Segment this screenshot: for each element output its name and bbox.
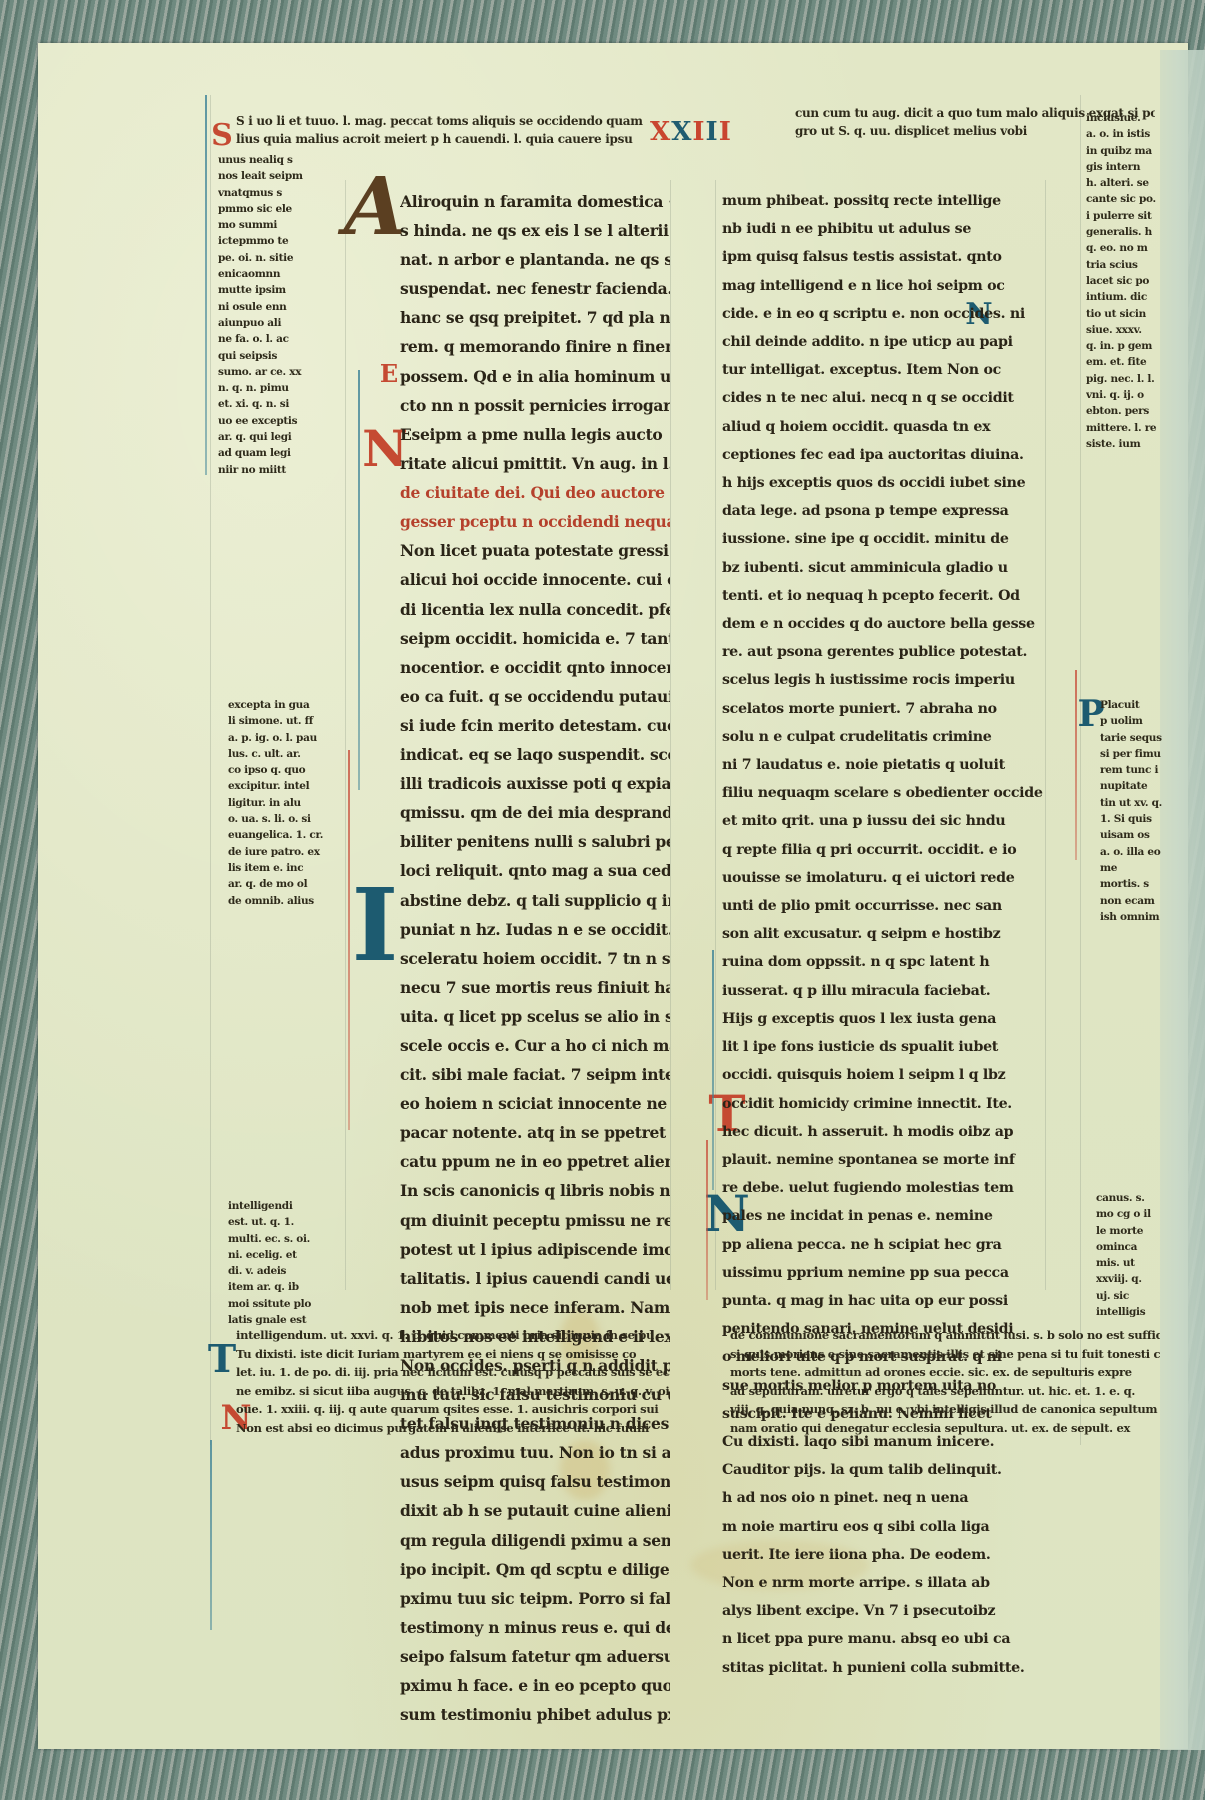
gloss-line: n. q. n. pimu xyxy=(218,380,318,396)
gloss-line: lacet sic po xyxy=(1086,273,1168,289)
gloss-line: xxviij. q. xyxy=(1096,1271,1168,1287)
text-line: catu ppum ne in eo ppetret alienu. Ite xyxy=(400,1147,670,1176)
gloss-line: le morte xyxy=(1096,1223,1168,1239)
pen-flourish xyxy=(1075,670,1077,860)
gloss-line: euangelica. 1. cr. xyxy=(228,827,328,843)
gloss-line: tio ut sicin xyxy=(1086,306,1168,322)
text-line: illi tradicois auxisse poti q expiasse. xyxy=(400,769,670,798)
gloss-line: de communione sacramentorum q ammittit i… xyxy=(730,1326,1160,1345)
text-line: eo ca fuit. q se occidendu putauit. Na xyxy=(400,682,670,711)
text-line: pximu h face. e in eo pcepto quo fal xyxy=(400,1671,670,1700)
pen-flourish xyxy=(210,1440,212,1630)
text-line: ipo incipit. Qm qd scptu e diliges xyxy=(400,1555,670,1584)
gloss-line: ad quam legi xyxy=(218,445,318,461)
pen-flourish xyxy=(205,95,207,475)
gloss-line: oue. 1. xxiii. q. iij. q aute quarum qsi… xyxy=(236,1400,706,1419)
gloss-line: intium. dic xyxy=(1086,289,1168,305)
text-line: di licentia lex nulla concedit. pfecto 7… xyxy=(400,595,670,624)
gloss-line: intelligendi xyxy=(228,1198,333,1214)
gloss-line: a. o. illa eo xyxy=(1100,844,1168,860)
rubric-line: de ciuitate dei. Qui deo auctore bella xyxy=(400,478,670,507)
text-line: dem e n occides q do auctore bella gesse xyxy=(722,610,1047,638)
gloss-line: uisam os xyxy=(1100,827,1168,843)
text-line: h ad nos oio n pinet. neq n uena xyxy=(722,1484,1047,1512)
text-line: nob met ipis nece inferam. Nam ep xyxy=(400,1293,670,1322)
gloss-line: excepta in gua xyxy=(228,697,328,713)
gloss-line: sumo. ar ce. xx xyxy=(218,364,318,380)
gloss-line: mis. ut xyxy=(1096,1255,1168,1271)
gloss-line: intelligis xyxy=(1096,1304,1168,1320)
gloss-line: lus. c. ult. ar. xyxy=(228,746,328,762)
text-line: qmissu. qm de dei mia desprando exitia xyxy=(400,798,670,827)
gloss-line: ne fa. o. l. ac xyxy=(218,331,318,347)
gloss-line: est. ut. q. 1. xyxy=(228,1214,333,1230)
text-line: re debe. uelut fugiendo molestias tem xyxy=(722,1174,1047,1202)
gloss-line: ne emibz. si sicut iiba augus. c. de tal… xyxy=(236,1382,706,1401)
gloss-line: mo summi xyxy=(218,217,318,233)
text-line: abstine debz. q tali supplicio q in se xyxy=(400,886,670,915)
text-line: alys libent excipe. Vn 7 i psecutoibz xyxy=(722,1597,1047,1625)
heading-part: I xyxy=(706,117,719,147)
gloss-line: de iure patro. ex xyxy=(228,844,328,860)
text-line: hec dicuit. h asseruit. h modis oibz ap xyxy=(722,1118,1047,1146)
text-line: eo hoiem n sciciat innocente ne aliu xyxy=(400,1089,670,1118)
text-line: Aliroquin n faramita domestica · agistia xyxy=(400,187,670,216)
rubric-line: gesser pceptu n occidendi nequaq trans xyxy=(400,507,670,536)
gloss-line: li simone. ut. ff xyxy=(228,713,328,729)
gloss-line: pmmo sic ele xyxy=(218,201,318,217)
left-gloss-bottom: intelligendi est. ut. q. 1. multi. ec. s… xyxy=(228,1198,333,1328)
text-line: adus proximu tuu. Non io tn si ad xyxy=(400,1438,670,1467)
gloss-line: q. in. p gem xyxy=(1086,338,1168,354)
gloss-line: rem tunc i xyxy=(1100,762,1168,778)
gloss-line: uo ee exceptis xyxy=(218,413,318,429)
left-gloss-top: unus nealiq s nos leait seipm vnatqmus s… xyxy=(218,152,318,478)
historiated-initial-A: A xyxy=(350,160,400,252)
text-line: suspendat. nec fenestr facienda. ne per xyxy=(400,274,670,303)
text-line: Hijs g exceptis quos l lex iusta gena xyxy=(722,1005,1047,1033)
text-line: ruina dom oppssit. n q spc latent h xyxy=(722,948,1047,976)
text-line: s hinda. ne qs ex eis l se l alterii xyxy=(400,216,670,245)
text-line: unti de plio pmit occurrisse. nec san xyxy=(722,892,1047,920)
text-line: aliud q hoiem occidit. quasda tn ex xyxy=(722,413,1047,441)
text-line: iusserat. q p illu miracula faciebat. xyxy=(722,977,1047,1005)
initial-N-red: N xyxy=(370,420,400,476)
text-line: punta. q mag in hac uita op eur possi xyxy=(722,1287,1047,1315)
gloss-line: nam oratio qui denegatur ecclesia sepult… xyxy=(730,1419,1160,1438)
text-line: nat. n arbor e plantanda. ne qs se ni xyxy=(400,245,670,274)
gloss-line: let. iu. 1. de po. di. iij. pria nec lic… xyxy=(236,1363,706,1382)
gloss-line: nos leait seipm xyxy=(218,168,318,184)
text-line: occidit homicidy crimine innectit. Ite. xyxy=(722,1090,1047,1118)
gloss-line: unus nealiq s xyxy=(218,152,318,168)
gloss-line: Non est absi eo dicimus purgatem h alicu… xyxy=(236,1419,706,1438)
gloss-line: lius quia malius acroit meiert p h cauen… xyxy=(236,130,646,148)
right-gloss-middle: Placuit p uolim tarie sequs si per fimu … xyxy=(1100,697,1168,925)
initial-I-blue: I xyxy=(362,870,388,980)
initial-T-bottom-gloss: T xyxy=(208,1338,236,1378)
gloss-line: de omnib. alius xyxy=(228,893,328,909)
heading-part: X xyxy=(671,117,692,147)
gloss-line: Placuit xyxy=(1100,697,1168,713)
bottom-gloss-right: de communione sacramentorum q ammittit i… xyxy=(730,1326,1160,1437)
text-line: nb iudi n ee phibitu ut adulus se xyxy=(722,215,1047,243)
gloss-line: ictepmmo te xyxy=(218,233,318,249)
gloss-line: em. et. fite xyxy=(1086,354,1168,370)
text-line: et mito qrit. una p iussu dei sic hndu xyxy=(722,807,1047,835)
text-line: Non licet puata potestate gressi sunt. xyxy=(400,536,670,565)
text-line: testimony n minus reus e. qui de xyxy=(400,1613,670,1642)
text-line: lit l ipe fons iusticie ds spualit iubet xyxy=(722,1033,1047,1061)
gloss-line: mortis. s xyxy=(1100,876,1168,892)
right-gloss-bottom: canus. s. mo cg o il le morte ominca mis… xyxy=(1096,1190,1168,1320)
gloss-line: gis intern xyxy=(1086,159,1168,175)
gloss-line: viij. q. quia nunq. sz. b. nu e. vbi int… xyxy=(730,1400,1160,1419)
gloss-line: ebton. pers xyxy=(1086,403,1168,419)
text-line: tur intelligat. exceptus. Item Non oc xyxy=(722,356,1047,384)
pen-flourish xyxy=(706,1140,708,1300)
main-text-right-column: mum phibeat. possitq recte intellige nb … xyxy=(722,187,1047,1682)
initial-E-red: E xyxy=(378,360,400,386)
gloss-line: in quibz ma xyxy=(1086,143,1168,159)
text-line: Non e nrm morte arripe. s illata ab xyxy=(722,1569,1047,1597)
gloss-line: pe. oi. n. sitie xyxy=(218,250,318,266)
gloss-line: i pulerre sit xyxy=(1086,208,1168,224)
text-line: ipm quisq falsus testis assistat. qnto xyxy=(722,243,1047,271)
text-line: usus seipm quisq falsu testimoniu xyxy=(400,1467,670,1496)
gloss-line: ar. q. de mo ol xyxy=(228,876,328,892)
gloss-line: Tu dixisti. iste dicit Iuriam martyrem e… xyxy=(236,1345,706,1364)
gloss-line: nupitate xyxy=(1100,778,1168,794)
gloss-line: ish omnim xyxy=(1100,909,1168,925)
right-gloss-top: inclusiue. a. o. in istis in quibz ma gi… xyxy=(1086,110,1168,452)
gloss-line: tarie sequs xyxy=(1100,730,1168,746)
gloss-line: multi. ec. s. oi. xyxy=(228,1231,333,1247)
gloss-line: si quis moriens e sine sacramentis illis… xyxy=(730,1345,1160,1364)
gloss-line: lis item e. inc xyxy=(228,860,328,876)
gloss-line: ligitur. in alu xyxy=(228,795,328,811)
gloss-line: ad sepulturam. uiretur ergo q tales sepe… xyxy=(730,1382,1160,1401)
text-line: scele occis e. Cur a ho ci nich mali fe xyxy=(400,1031,670,1060)
top-gloss-left: S i uo li et tuuo. l. mag. peccat toms a… xyxy=(236,112,646,148)
gloss-line: 1. Si quis xyxy=(1100,811,1168,827)
text-line: q repte filia q pri occurrit. occidit. e… xyxy=(722,836,1047,864)
text-line: cit. sibi male faciat. 7 seipm interfic xyxy=(400,1060,670,1089)
text-line: potest ut l ipius adipiscende imor xyxy=(400,1235,670,1264)
left-gloss-middle: excepta in gua li simone. ut. ff a. p. i… xyxy=(228,697,328,909)
gloss-line: intelligendum. ut. xxvi. q. 1. c. quid c… xyxy=(236,1326,706,1345)
gloss-line: mittere. l. re xyxy=(1086,420,1168,436)
text-line: sceleratu hoiem occidit. 7 tn n solu x xyxy=(400,944,670,973)
gloss-line: aiunpuo ali xyxy=(218,315,318,331)
gloss-line: enicaomnn xyxy=(218,266,318,282)
text-line: qm diuinit peceptu pmissu ne repiri xyxy=(400,1206,670,1235)
text-line: sum testimoniu phibet adulus pxi xyxy=(400,1700,670,1729)
text-line: puniat n hz. Iudas n e se occidit. xyxy=(400,915,670,944)
text-line: necu 7 sue mortis reus finiuit hanc xyxy=(400,973,670,1002)
text-line: stitas piclitat. h punieni colla submitt… xyxy=(722,1654,1047,1682)
heading-part: I xyxy=(692,117,705,147)
text-line: occidi. quisquis hoiem l seipm l q lbz xyxy=(722,1061,1047,1089)
text-line: chil deinde addito. n ipe uticp au papi xyxy=(722,328,1047,356)
text-line: indicat. eq se laqo suspendit. scelaste xyxy=(400,740,670,769)
text-line: Cauditor pijs. la qum talib delinquit. xyxy=(722,1456,1047,1484)
text-line: uita. q licet pp scelus se alio in suo xyxy=(400,1002,670,1031)
text-line: pximu tuu sic teipm. Porro si falsi xyxy=(400,1584,670,1613)
text-line: dixit ab h se putauit cuine alieni. xyxy=(400,1496,670,1525)
text-line: cide. e in eo q scriptu e. non occides. … xyxy=(722,300,1047,328)
text-line: pales ne incidat in penas e. nemine xyxy=(722,1202,1047,1230)
text-line: n licet ppa pure manu. absq eo ubi ca xyxy=(722,1625,1047,1653)
text-line: ceptiones fec ead ipa auctoritas diuina. xyxy=(722,441,1047,469)
text-line: Eseipm a pme nulla legis aucto xyxy=(400,420,670,449)
text-line: mum phibeat. possitq recte intellige xyxy=(722,187,1047,215)
ruling-line xyxy=(345,180,346,1290)
text-line: nocentior. e occidit qnto innocentior i xyxy=(400,653,670,682)
heading-part: X xyxy=(650,117,671,147)
text-line: hanc se qsq preipitet. 7 qd pla nemo xyxy=(400,303,670,332)
text-line: uerit. Ite iere iiona pha. De eodem. xyxy=(722,1541,1047,1569)
text-line: pacar notente. atq in se ppetret pec xyxy=(400,1118,670,1147)
ruling-line xyxy=(670,180,671,1290)
gloss-line: siste. ium xyxy=(1086,436,1168,452)
text-line: scelatos morte puniert. 7 abraha no xyxy=(722,695,1047,723)
gloss-line: a. p. ig. o. l. pau xyxy=(228,730,328,746)
text-line: ritate alicui pmittit. Vn aug. in l. i. xyxy=(400,449,670,478)
text-line: rem. q memorando finire n finemus xyxy=(400,332,670,361)
main-text-left-column-top: Aliroquin n faramita domestica · agistia… xyxy=(400,187,670,420)
text-line: son alit excusatur. q seipm e hostibz xyxy=(722,920,1047,948)
text-line: solu n e culpat crudelitatis crimine xyxy=(722,723,1047,751)
gloss-line: h. alteri. se xyxy=(1086,175,1168,191)
gloss-line: mo cg o il xyxy=(1096,1206,1168,1222)
gloss-line: o. ua. s. li. o. si xyxy=(228,811,328,827)
gloss-line: uj. sic xyxy=(1096,1288,1168,1304)
text-line: cto nn n possit pernicies irrogari. xyxy=(400,391,670,420)
heading-part: I xyxy=(719,117,732,147)
text-line: m noie martiru eos q sibi colla liga xyxy=(722,1513,1047,1541)
text-line: ni 7 laudatus e. noie pietatis q uoluit xyxy=(722,751,1047,779)
text-line: uissimu pprium nemine pp sua pecca xyxy=(722,1259,1047,1287)
gloss-line: canus. s. xyxy=(1096,1190,1168,1206)
gloss-line: vnatqmus s xyxy=(218,185,318,201)
text-line: alicui hoi occide innocente. cui occide xyxy=(400,565,670,594)
text-line: iussione. sine ipe q occidit. minitu de xyxy=(722,525,1047,553)
gloss-line: qui seipsis xyxy=(218,348,318,364)
text-line: bz iubenti. sicut amminicula gladio u xyxy=(722,554,1047,582)
text-line: qm regula diligendi pximu a semet xyxy=(400,1526,670,1555)
text-line: mag intelligend e n lice hoi seipm oc xyxy=(722,272,1047,300)
text-line: In scis canonicis q libris nobis nus xyxy=(400,1176,670,1205)
text-line: data lege. ad psona p tempe expressa xyxy=(722,497,1047,525)
gloss-line: si per fimu xyxy=(1100,746,1168,762)
initial-S-top-gloss: S xyxy=(210,118,234,152)
text-line: possem. Qd e in alia hominum uel aliu xyxy=(400,362,670,391)
gloss-line: item ar. q. ib xyxy=(228,1279,333,1295)
text-line: talitatis. l ipius cauendi candi ue ca xyxy=(400,1264,670,1293)
gloss-line: a. o. in istis xyxy=(1086,126,1168,142)
gloss-line: morts tene. admittun ad orones eccie. si… xyxy=(730,1363,1160,1382)
gloss-line: ar. q. qui legi xyxy=(218,429,318,445)
gloss-line: mutte ipsim xyxy=(218,282,318,298)
gloss-line: co ipso q. quo xyxy=(228,762,328,778)
gloss-line: me xyxy=(1100,860,1168,876)
text-line: filiu nequaqm scelare s obedienter occid… xyxy=(722,779,1047,807)
gloss-line: ni. ecelig. et xyxy=(228,1247,333,1263)
gloss-line: generalis. h xyxy=(1086,224,1168,240)
text-line: cides n te nec alui. necq n q se occidit xyxy=(722,384,1047,412)
text-line: loci reliquit. qnto mag a sua cede se xyxy=(400,856,670,885)
gloss-line: inclusiue. xyxy=(1086,110,1168,126)
gloss-line: pig. nec. l. l. xyxy=(1086,371,1168,387)
text-line: re. aut psona gerentes publice potestat. xyxy=(722,638,1047,666)
ruling-line xyxy=(1080,95,1081,1445)
gloss-line: tin ut xv. q. xyxy=(1100,795,1168,811)
bottom-gloss-left: intelligendum. ut. xxvi. q. 1. c. quid c… xyxy=(236,1326,706,1437)
gloss-line: p uolim xyxy=(1100,713,1168,729)
text-line: biliter penitens nulli s salubri penite xyxy=(400,827,670,856)
gloss-line: tria scius xyxy=(1086,257,1168,273)
text-line: plauit. nemine spontanea se morte inf xyxy=(722,1146,1047,1174)
gloss-line: S i uo li et tuuo. l. mag. peccat toms a… xyxy=(236,112,646,130)
gloss-line: moi ssitute plo xyxy=(228,1296,333,1312)
gloss-line: ominca xyxy=(1096,1239,1168,1255)
text-line: si iude fcin merito detestam. cuc iuras xyxy=(400,711,670,740)
text-line: pp aliena pecca. ne h scipiat hec gra xyxy=(722,1231,1047,1259)
gloss-line: excipitur. intel xyxy=(228,778,328,794)
gloss-line: di. v. adeis xyxy=(228,1263,333,1279)
gloss-line: niir no miitt xyxy=(218,462,318,478)
pen-flourish xyxy=(712,950,714,1190)
gloss-line: ni osule enn xyxy=(218,299,318,315)
pen-flourish xyxy=(348,750,350,1130)
gloss-line: q. eo. no m xyxy=(1086,240,1168,256)
text-line: h hijs exceptis quos ds occidi iubet sin… xyxy=(722,469,1047,497)
text-line: seipm occidit. homicida e. 7 tanto fit xyxy=(400,624,670,653)
gloss-line: non ecam xyxy=(1100,893,1168,909)
chapter-heading-causa-xxiii: XXIII xyxy=(650,117,732,147)
gloss-line: siue. xxxv. xyxy=(1086,322,1168,338)
gloss-line: vni. q. ij. o xyxy=(1086,387,1168,403)
text-line: scelus legis h iustissime rocis imperiu xyxy=(722,666,1047,694)
main-text-left-column: Eseipm a pme nulla legis aucto ritate al… xyxy=(400,420,670,1729)
gloss-line: et. xi. q. n. si xyxy=(218,396,318,412)
text-line: uouisse se imolaturu. q ei uictori rede xyxy=(722,864,1047,892)
text-line: seipo falsum fatetur qm aduersus xyxy=(400,1642,670,1671)
gloss-line: cante sic po. xyxy=(1086,191,1168,207)
ruling-line xyxy=(210,95,211,1445)
pen-flourish xyxy=(358,370,360,790)
text-line: tenti. et io nequaq h pcepto fecerit. Od xyxy=(722,582,1047,610)
